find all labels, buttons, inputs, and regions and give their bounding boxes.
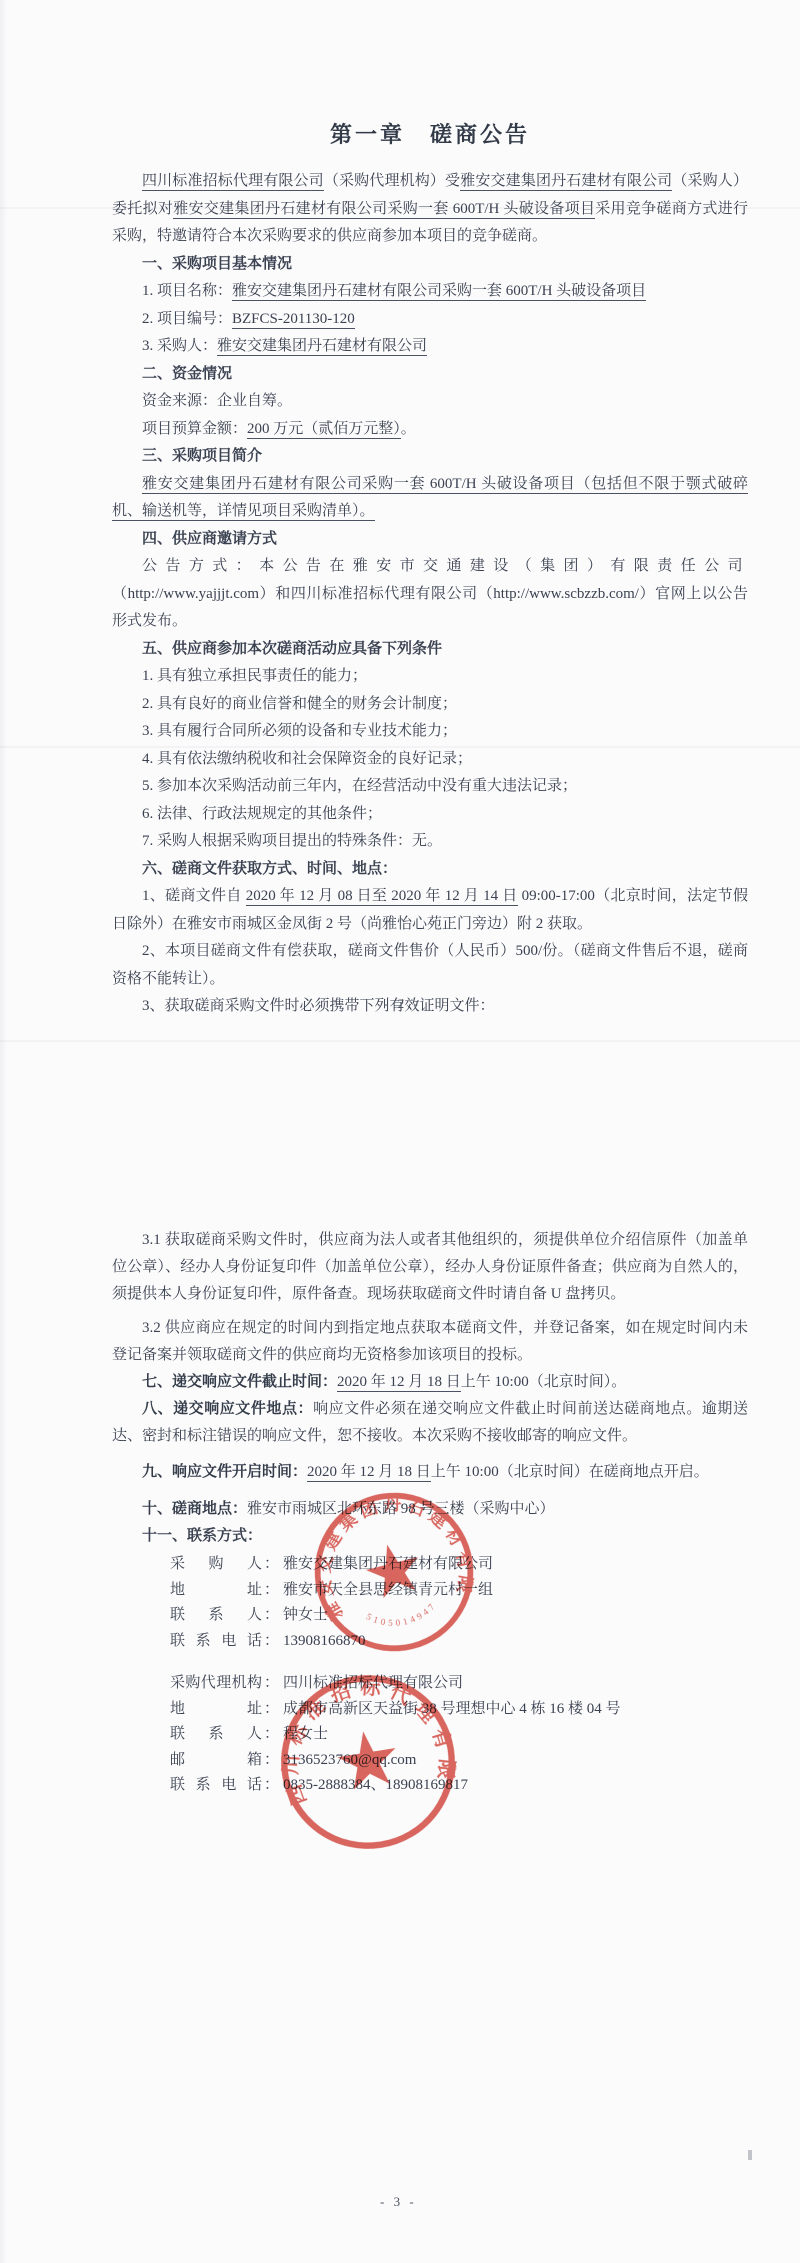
- contact-colon: ：: [264, 1629, 279, 1655]
- condition-item: 3. 具有履行合同所必须的设备和专业技术能力；: [112, 718, 748, 746]
- seal-code: 5105014947: [363, 1595, 442, 1636]
- contact-row-agency: 采购代理机构：四川标准招标代理有限公司: [170, 1671, 748, 1697]
- section-6-heading: 六、磋商文件获取方式、时间、地点：: [112, 856, 748, 884]
- condition-item: 1. 具有独立承担民事责任的能力；: [112, 663, 748, 691]
- condition-item: 7. 采购人根据采购项目提出的特殊条件：无。: [112, 828, 748, 856]
- announcement-paragraph: 公告方式：本公告在雅安市交通建设（集团）有限责任公司（http://www.ya…: [112, 553, 748, 636]
- condition-item: 5. 参加本次采购活动前三年内，在经营活动中没有重大违法记录；: [112, 773, 748, 801]
- seal-star-icon: [334, 1727, 401, 1791]
- intro-paragraph: 四川标准招标代理有限公司（采购代理机构）受雅安交建集团丹石建材有限公司（采购人）…: [112, 168, 748, 251]
- deadline-line: 七、递交响应文件截止时间：2020 年 12 月 18 日上午 10:00（北京…: [112, 1369, 748, 1396]
- venue-label: 十、磋商地点：: [142, 1501, 247, 1517]
- intro-text: （采购代理机构）受: [324, 173, 460, 189]
- contact-label: 采购人: [170, 1552, 262, 1578]
- clause-3-2-paragraph: 3.2 供应商应在规定的时间内到指定地点获取本磋商文件，并登记备案，如在规定时间…: [112, 1315, 748, 1369]
- obtain-dates: 2020 年 12 月 08 日至 2020 年 12 月 14 日: [246, 888, 518, 906]
- budget-line: 项目预算金额：200 万元（贰佰万元整）。: [112, 416, 748, 444]
- scan-artifact: [748, 2150, 752, 2160]
- project-name-line: 1. 项目名称：雅安交建集团丹石建材有限公司采购一套 600T/H 头破设备项目: [112, 278, 748, 306]
- project-brief-paragraph: 雅安交建集团丹石建材有限公司采购一套 600T/H 头破设备项目（包括但不限于颚…: [112, 471, 748, 526]
- page-number-3: - 3 -: [380, 2194, 417, 2210]
- deadline-label: 七、递交响应文件截止时间：: [142, 1374, 337, 1390]
- submission-place-label: 八、递交响应文件地点：: [142, 1401, 313, 1417]
- doc-obtain-time-paragraph: 1、磋商文件自 2020 年 12 月 08 日至 2020 年 12 月 14…: [112, 883, 748, 938]
- submission-place-paragraph: 八、递交响应文件地点：响应文件必须在递交响应文件截止时间前送达磋商地点。逾期送达…: [112, 1396, 748, 1450]
- section-1-heading: 一、采购项目基本情况: [112, 251, 748, 279]
- section-2-heading: 二、资金情况: [112, 361, 748, 389]
- section-5-heading: 五、供应商参加本次磋商活动应具备下列条件: [112, 636, 748, 664]
- contact-label: 地址: [170, 1697, 262, 1723]
- field-label: 2. 项目编号：: [142, 311, 232, 327]
- doc-certificates-paragraph: 3、获取磋商采购文件时必须携带下列有效证明文件：: [112, 993, 748, 1021]
- contact-label: 联系人: [170, 1722, 262, 1748]
- doc-price-paragraph: 2、本项目磋商文件有偿获取，磋商文件售价（人民币）500/份。（磋商文件售后不退…: [112, 938, 748, 993]
- contact-colon: ：: [264, 1552, 279, 1578]
- contact-row-person: 联系人：程女士: [170, 1722, 748, 1748]
- section-3-heading: 三、采购项目简介: [112, 443, 748, 471]
- purchaser-name: 雅安交建集团丹石建材有限公司: [460, 173, 672, 191]
- condition-item: 6. 法律、行政法规规定的其他条件；: [112, 801, 748, 829]
- deadline-date: 2020 年 12 月 18 日: [337, 1374, 461, 1392]
- condition-item: 4. 具有依法缴纳税收和社会保障资金的良好记录；: [112, 746, 748, 774]
- contact-label: 邮箱: [170, 1748, 262, 1774]
- announcement-rest: （http://www.yajjjt.com）和四川标准招标代理有限公司（htt…: [112, 586, 748, 630]
- clause-3-1-paragraph: 3.1 获取磋商采购文件时，供应商为法人或者其他组织的，须提供单位介绍信原件（加…: [112, 1227, 748, 1309]
- condition-item: 2. 具有良好的商业信誉和健全的财务会计制度；: [112, 691, 748, 719]
- contact-colon: ：: [264, 1773, 279, 1799]
- page-1: 第一章 磋商公告 四川标准招标代理有限公司（采购代理机构）受雅安交建集团丹石建材…: [0, 0, 800, 1021]
- project-name: 雅安交建集团丹石建材有限公司采购一套 600T/H 头破设备项目: [173, 201, 595, 219]
- contact-row-address: 地址：成都市高新区天益街 38 号理想中心 4 栋 16 楼 04 号: [170, 1697, 748, 1723]
- scan-streak: [0, 1040, 800, 1042]
- contact-label: 联系电话: [170, 1629, 262, 1655]
- opening-date: 2020 年 12 月 18 日: [307, 1464, 431, 1482]
- announcement-lead: 公告方式：本公告在雅安市交通建设（集团）有限责任公司: [142, 558, 748, 574]
- field-label: 3. 采购人：: [142, 338, 217, 354]
- contact-label: 联系人: [170, 1603, 262, 1629]
- purchaser-line: 3. 采购人：雅安交建集团丹石建材有限公司: [112, 333, 748, 361]
- page-number-2: - 2 -: [384, 996, 421, 1012]
- project-number-line: 2. 项目编号：BZFCS-201130-120: [112, 306, 748, 334]
- opening-tail: 上午 10:00（北京时间）在磋商地点开启。: [431, 1464, 709, 1480]
- budget-value: 200 万元（贰佰万元整）: [247, 421, 401, 439]
- contact-colon: ：: [264, 1603, 279, 1629]
- project-brief-text: 雅安交建集团丹石建材有限公司采购一套 600T/H 头破设备项目（包括但不限于颚…: [112, 476, 748, 522]
- agency-seal-stamp: 四川标准招标代理有限公司: [264, 1658, 472, 1866]
- scanned-document: 第一章 磋商公告 四川标准招标代理有限公司（采购代理机构）受雅安交建集团丹石建材…: [0, 0, 800, 2263]
- field-label: 项目预算金额：: [142, 421, 247, 437]
- deadline-tail: 上午 10:00（北京时间）。: [461, 1374, 626, 1390]
- purchaser-value: 雅安交建集团丹石建材有限公司: [217, 338, 427, 356]
- seal-graphic: 四川标准招标代理有限公司: [264, 1658, 472, 1866]
- page-title: 第一章 磋商公告: [112, 118, 748, 149]
- svg-text:5105014947: 5105014947: [363, 1595, 442, 1636]
- opening-time-label: 九、响应文件开启时间：: [142, 1464, 307, 1480]
- project-name-value: 雅安交建集团丹石建材有限公司采购一套 600T/H 头破设备项目: [232, 283, 646, 301]
- agency-name: 四川标准招标代理有限公司: [142, 173, 324, 191]
- obtain-pre: 1、磋商文件自: [142, 888, 246, 904]
- seal-star-icon: [361, 1538, 425, 1601]
- field-label: 1. 项目名称：: [142, 283, 232, 299]
- contact-label: 联系电话: [170, 1773, 262, 1799]
- contact-label: 采购代理机构: [170, 1671, 262, 1697]
- contact-label: 地址: [170, 1578, 262, 1604]
- project-number-value: BZFCS-201130-120: [232, 311, 355, 329]
- fund-source-line: 资金来源：企业自筹。: [112, 388, 748, 416]
- budget-tail: 。: [401, 421, 416, 437]
- section-4-heading: 四、供应商邀请方式: [112, 526, 748, 554]
- contact-colon: ：: [264, 1578, 279, 1604]
